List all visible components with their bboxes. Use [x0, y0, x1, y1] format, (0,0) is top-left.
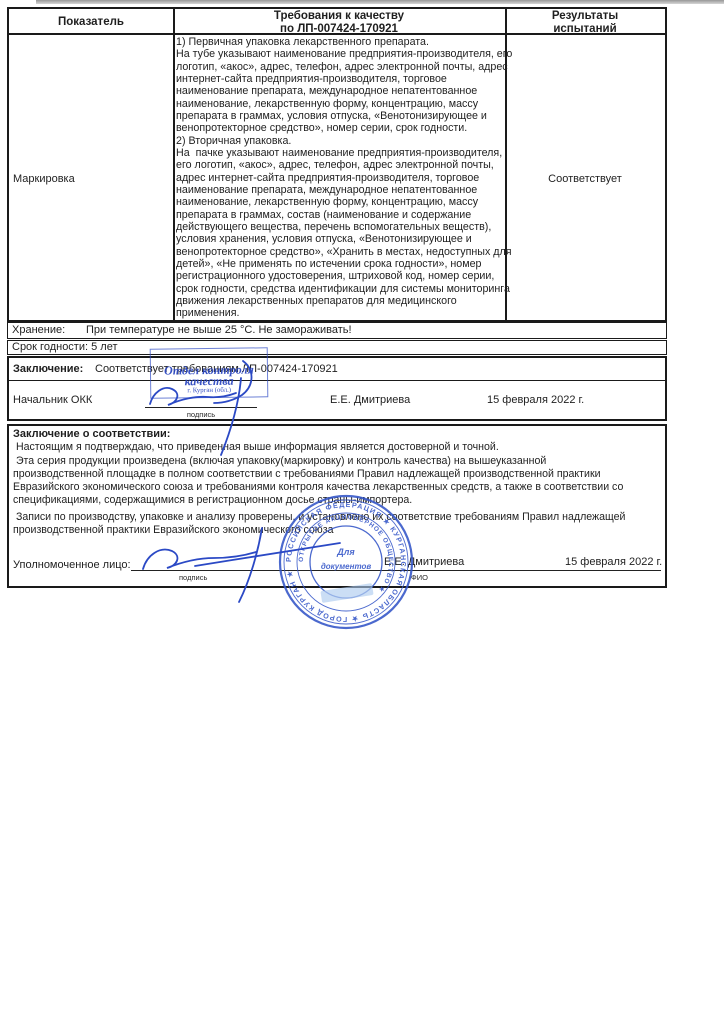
text-line: детей», «Не применять по истечении срока… — [176, 258, 504, 270]
round-stamp-center-line2: документов — [321, 562, 372, 571]
text-line: логотип, «акос», адрес, телефон, адрес э… — [176, 61, 504, 73]
text-line: венопротекторное средство», номер серии,… — [176, 122, 504, 134]
spec-table: Показатель Требования к качеству по ЛП-0… — [7, 7, 667, 322]
column-header-requirements: Требования к качеству по ЛП-007424-17092… — [173, 10, 505, 36]
okk-date: 15 февраля 2022 г. — [487, 394, 584, 406]
conformity-heading: Заключение о соответствии: — [13, 428, 170, 440]
results-header-line1: Результаты — [505, 10, 665, 23]
requirements-header-line1: Требования к качеству — [173, 10, 505, 23]
text-line: движения лекарственных препаратов для ме… — [176, 295, 504, 307]
text-line: На тубе указывают наименование предприят… — [176, 48, 504, 60]
text-line: наименование, лекарственную форму, конце… — [176, 196, 504, 208]
text-line: срок годности, средства идентификации дл… — [176, 283, 504, 295]
text-line: 1) Первичная упаковка лекарственного пре… — [176, 36, 504, 48]
results-header-line2: испытаний — [505, 23, 665, 36]
marking-result-value: Соответствует — [505, 173, 665, 185]
marking-requirements-text: 1) Первичная упаковка лекарственного пре… — [176, 36, 504, 320]
okk-signature-line — [145, 407, 257, 408]
requirements-header-line2: по ЛП-007424-170921 — [173, 23, 505, 36]
okk-officer-title: Начальник ОКК — [13, 394, 92, 406]
round-stamp-center-line1: Для — [336, 547, 355, 557]
shelf-life-value: Срок годности: 5 лет — [12, 341, 117, 353]
text-line: наименование, лекарственную форму, конце… — [176, 98, 504, 110]
storage-value: При температуре не выше 25 °С. Не замора… — [86, 324, 352, 337]
indicator-marking-label: Маркировка — [13, 173, 75, 185]
scanned-quality-certificate: { "colors": { "border": "#1a1a1a", "ink_… — [0, 0, 724, 1024]
table-column-divider-1 — [173, 9, 175, 320]
text-line: Эта серия продукции произведена (включая… — [13, 455, 623, 468]
round-company-stamp: РОССИЙСКАЯ ФЕДЕРАЦИЯ ★ КУРГАНСКАЯ ОБЛАСТ… — [261, 477, 431, 647]
text-line: венопротекторное средство», «Хранить в м… — [176, 246, 504, 258]
text-line: препарата в граммах, условия отпуска, «В… — [176, 110, 504, 122]
qc-department-stamp: Отдел контроля качества г. Курган (обл.) — [150, 347, 269, 398]
shelf-life-row: Срок годности: 5 лет — [7, 340, 667, 355]
storage-label: Хранение: — [12, 324, 65, 337]
okk-signature-caption: подпись — [145, 410, 257, 419]
text-line: условия хранения, условия отпуска, «Вено… — [176, 233, 504, 245]
conformity-paragraph-1: Настоящим я подтверждаю, что приведенная… — [13, 441, 499, 454]
qc-stamp-line3: г. Курган (обл.) — [151, 386, 267, 395]
conclusion-row-divider — [9, 380, 665, 381]
text-line: На пачке указывают наименование предприя… — [176, 147, 504, 159]
authorized-date: 15 февраля 2022 г. — [565, 556, 662, 568]
text-line: адрес интернет-сайта предприятия-произво… — [176, 172, 504, 184]
text-line: наименование препарата, международное не… — [176, 85, 504, 97]
okk-officer-name: Е.Е. Дмитриева — [330, 394, 410, 406]
column-header-indicator: Показатель — [9, 16, 173, 29]
authorized-person-label: Уполномоченное лицо: — [13, 559, 131, 571]
conclusion-box: Заключение: Соответствует требованиям ЛП… — [7, 356, 667, 421]
authorized-signature-caption: подпись — [179, 573, 207, 582]
scan-artifact-top — [36, 0, 724, 4]
text-line: интернет-сайта предприятия-производителя… — [176, 73, 504, 85]
text-line: препарата в граммах, состав (наименовани… — [176, 209, 504, 221]
storage-row: Хранение: При температуре не выше 25 °С.… — [7, 322, 667, 339]
text-line: его логотип, «акос», адрес, телефон, адр… — [176, 159, 504, 171]
column-header-results: Результаты испытаний — [505, 10, 665, 36]
text-line: наименование препарата, международное не… — [176, 184, 504, 196]
text-line: регистрационного удостоверения, штрихово… — [176, 270, 504, 282]
round-stamp-band — [320, 583, 373, 603]
text-line: 2) Вторичная упаковка. — [176, 135, 504, 147]
text-line: применения. — [176, 307, 504, 319]
text-line: действующего вещества, перечень вспомога… — [176, 221, 504, 233]
conclusion-label: Заключение: — [13, 363, 83, 375]
